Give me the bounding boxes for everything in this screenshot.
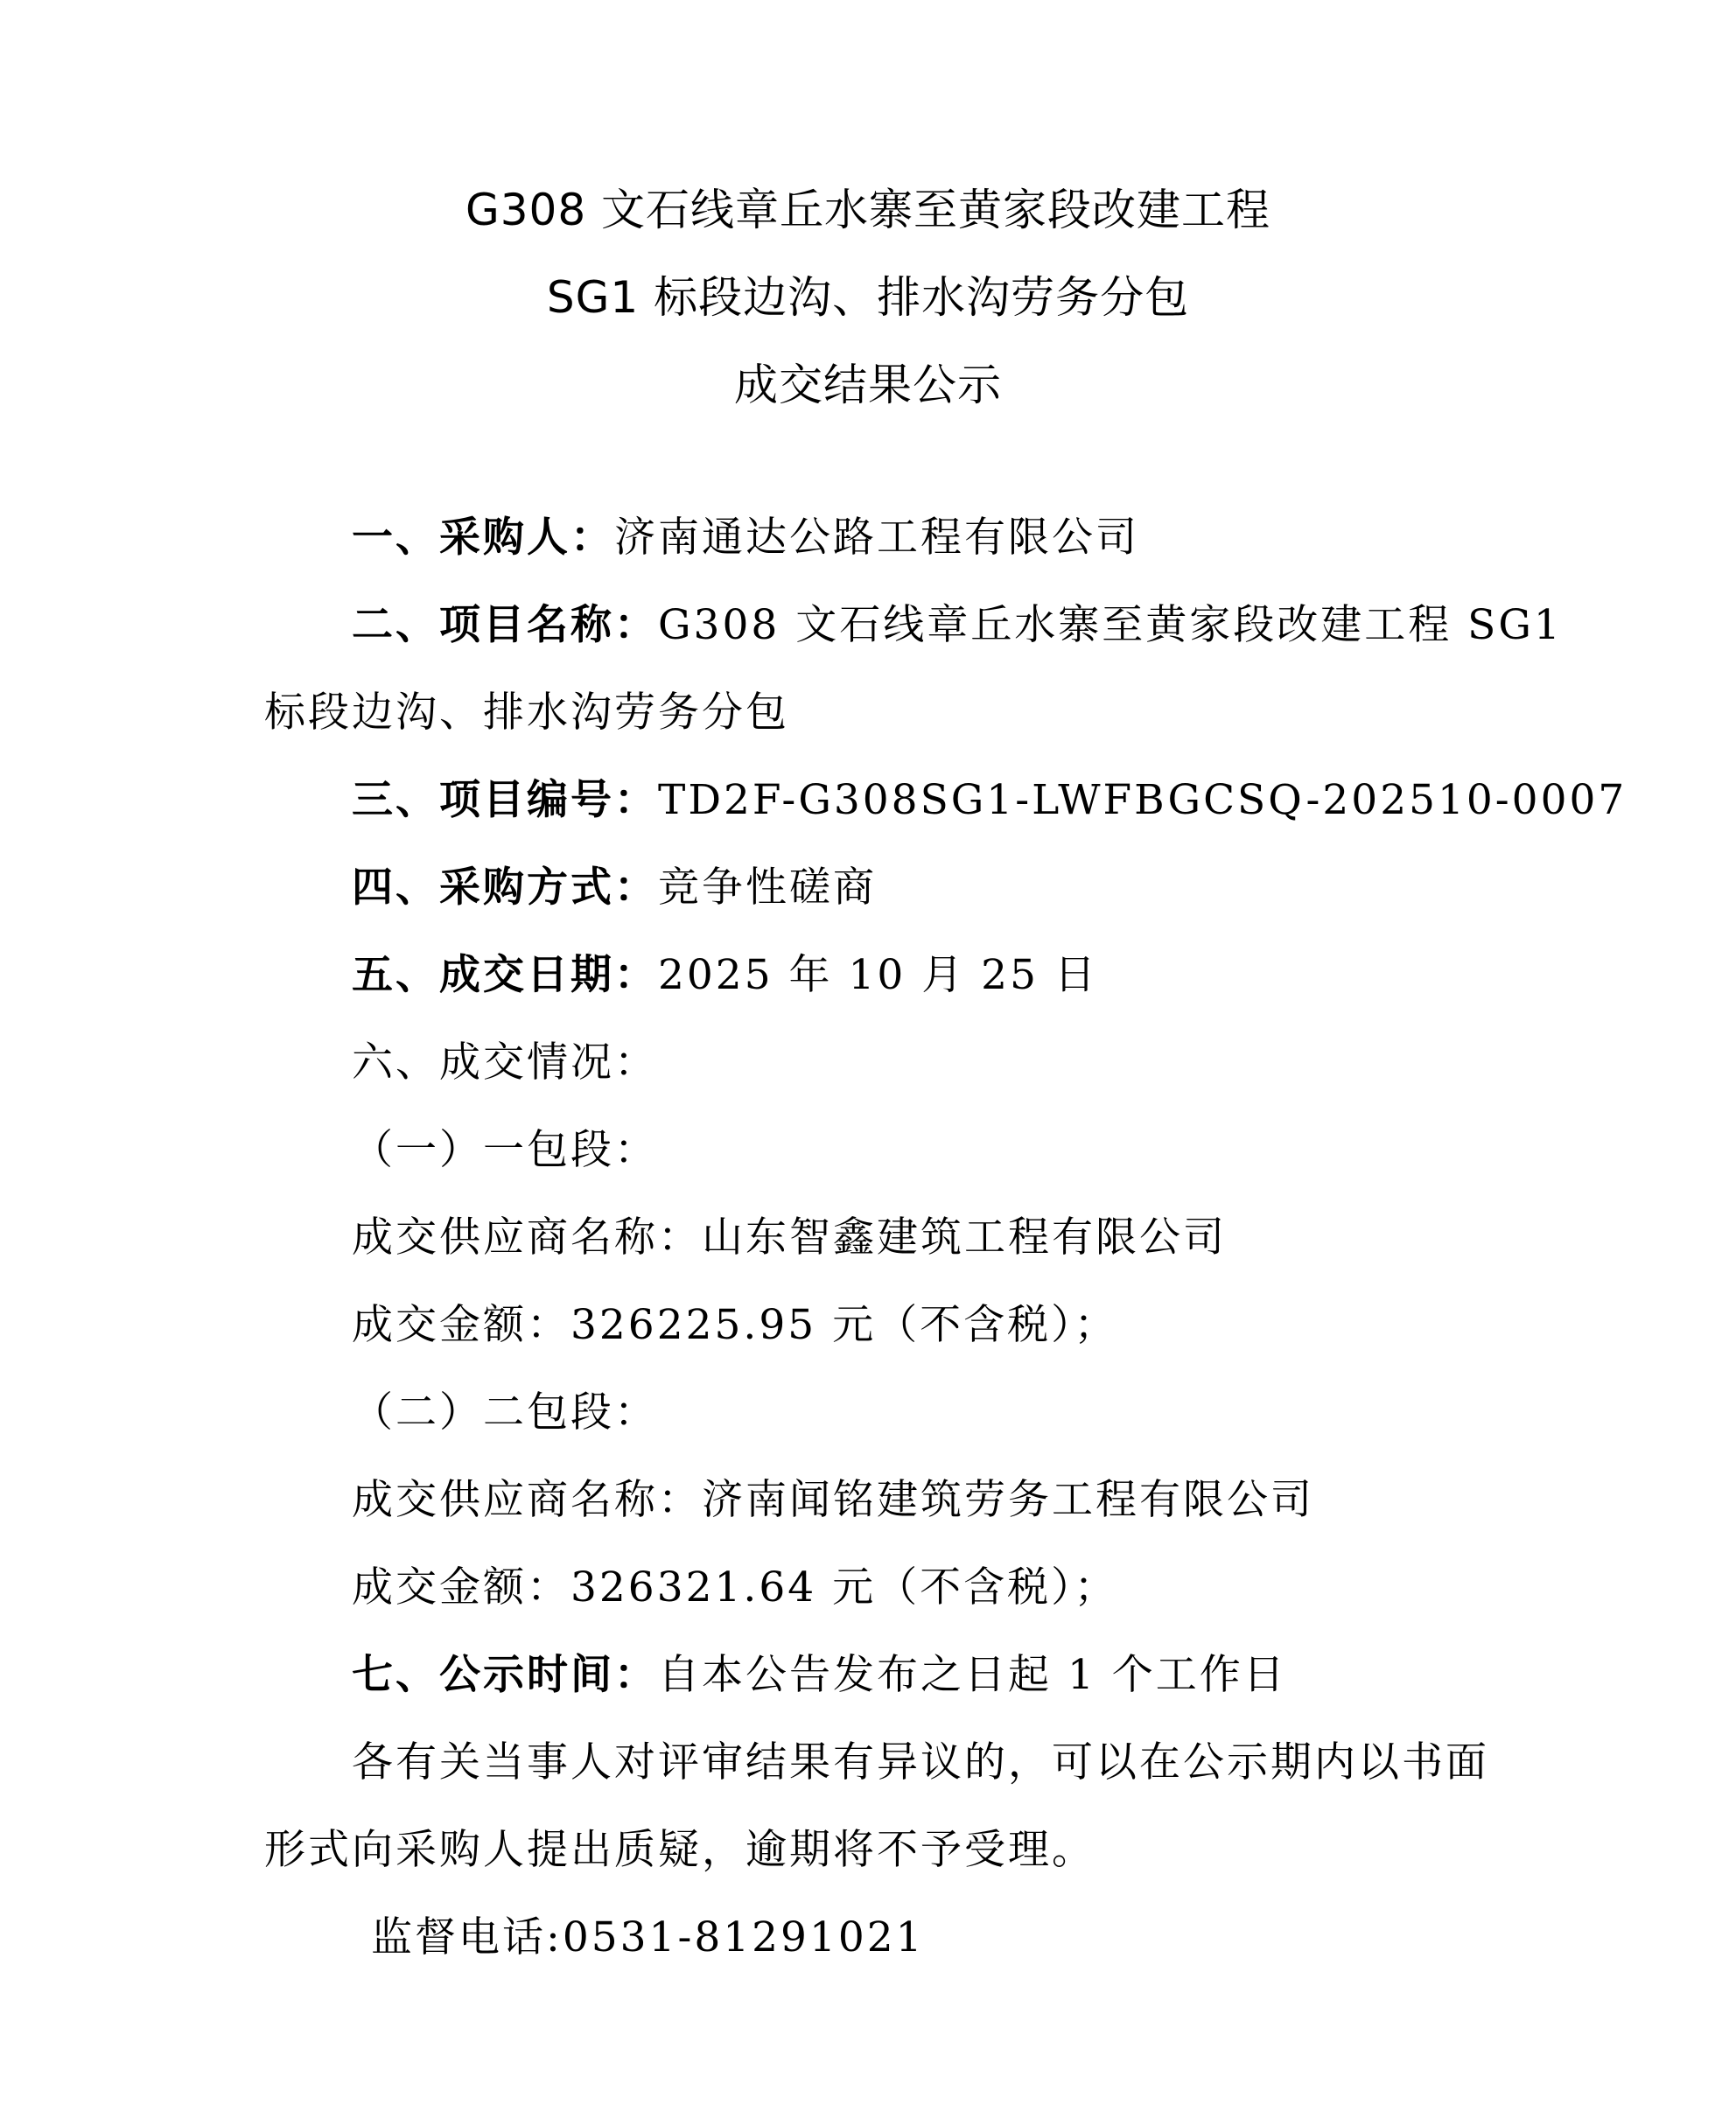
procurement-method-value: 竞争性磋商	[658, 864, 877, 912]
objection-notice-line-2: 形式向采购人提出质疑，逾期将不予受理。	[264, 1807, 1472, 1894]
project-number-row: 三、项目编号：TD2F-G308SG1-LWFBGCSQ-202510-0007	[264, 757, 1472, 844]
project-name-continuation: 标段边沟、排水沟劳务分包	[264, 669, 1472, 757]
document-title: G308 文石线章丘水寨至黄家段改建工程 SG1 标段边沟、排水沟劳务分包 成交…	[0, 166, 1736, 429]
project-number-value: TD2F-G308SG1-LWFBGCSQ-202510-0007	[658, 776, 1627, 824]
lot-2-heading: （二）二包段：	[264, 1369, 1472, 1457]
project-name-label: 二、项目名称：	[352, 601, 658, 649]
lot-2-amount-value: 326321.64 元（不含税）；	[570, 1563, 1118, 1612]
deal-status-label: 六、成交情况：	[352, 1039, 658, 1087]
purchaser-value: 济南通达公路工程有限公司	[614, 514, 1139, 562]
document-page: G308 文石线章丘水寨至黄家段改建工程 SG1 标段边沟、排水沟劳务分包 成交…	[0, 0, 1736, 2126]
deal-status-row: 六、成交情况：	[264, 1019, 1472, 1107]
purchaser-label: 一、采购人：	[352, 514, 614, 562]
purchaser-row: 一、采购人：济南通达公路工程有限公司	[264, 494, 1472, 582]
lot-2-amount-label: 成交金额：	[352, 1563, 570, 1612]
objection-notice-text-2: 形式向采购人提出质疑，逾期将不予受理。	[264, 1826, 1095, 1874]
lot-2-amount-row: 成交金额：326321.64 元（不含税）；	[264, 1544, 1472, 1632]
lot-1-supplier-label: 成交供应商名称：	[352, 1213, 702, 1262]
lot-1-heading: （一）一包段：	[264, 1107, 1472, 1194]
supervision-phone-value: 0531-81291021	[563, 1913, 925, 1962]
deal-date-row: 五、成交日期：2025 年 10 月 25 日	[264, 932, 1472, 1019]
lot-2-supplier-value: 济南闻铭建筑劳务工程有限公司	[702, 1476, 1314, 1524]
publicity-period-label: 七、公示时间：	[352, 1651, 658, 1699]
project-number-label: 三、项目编号：	[352, 776, 658, 824]
procurement-method-row: 四、采购方式：竞争性磋商	[264, 844, 1472, 932]
lot-1-amount-label: 成交金额：	[352, 1301, 570, 1349]
title-line-3: 成交结果公示	[0, 341, 1736, 429]
lot-2-supplier-row: 成交供应商名称：济南闻铭建筑劳务工程有限公司	[264, 1457, 1472, 1544]
project-name-value-line1: G308 文石线章丘水寨至黄家段改建工程 SG1	[658, 601, 1563, 649]
lot-2-supplier-label: 成交供应商名称：	[352, 1476, 702, 1524]
lot-1-amount-value: 326225.95 元（不含税）；	[570, 1301, 1118, 1349]
lot-1-supplier-value: 山东智鑫建筑工程有限公司	[702, 1213, 1227, 1262]
title-line-1: G308 文石线章丘水寨至黄家段改建工程	[0, 166, 1736, 254]
publicity-period-value: 自本公告发布之日起 1 个工作日	[658, 1651, 1287, 1699]
objection-notice-line-1: 各有关当事人对评审结果有异议的，可以在公示期内以书面	[264, 1719, 1472, 1807]
title-line-2: SG1 标段边沟、排水沟劳务分包	[0, 254, 1736, 341]
supervision-phone-row: 监督电话:0531-81291021	[264, 1894, 1472, 1982]
deal-date-value: 2025 年 10 月 25 日	[658, 951, 1098, 999]
lot-1-supplier-row: 成交供应商名称：山东智鑫建筑工程有限公司	[264, 1194, 1472, 1282]
objection-notice-text-1: 各有关当事人对评审结果有异议的，可以在公示期内以书面	[352, 1738, 1489, 1787]
deal-date-label: 五、成交日期：	[352, 951, 658, 999]
document-body: 一、采购人：济南通达公路工程有限公司 二、项目名称：G308 文石线章丘水寨至黄…	[264, 494, 1472, 1982]
lot-1-heading-text: （一）一包段：	[352, 1126, 658, 1174]
lot-1-amount-row: 成交金额：326225.95 元（不含税）；	[264, 1282, 1472, 1369]
procurement-method-label: 四、采购方式：	[352, 864, 658, 912]
supervision-phone-label: 监督电话:	[371, 1913, 563, 1962]
publicity-period-row: 七、公示时间：自本公告发布之日起 1 个工作日	[264, 1632, 1472, 1719]
lot-2-heading-text: （二）二包段：	[352, 1388, 658, 1437]
project-name-value-line2: 标段边沟、排水沟劳务分包	[264, 689, 789, 737]
project-name-row: 二、项目名称：G308 文石线章丘水寨至黄家段改建工程 SG1	[264, 582, 1472, 669]
